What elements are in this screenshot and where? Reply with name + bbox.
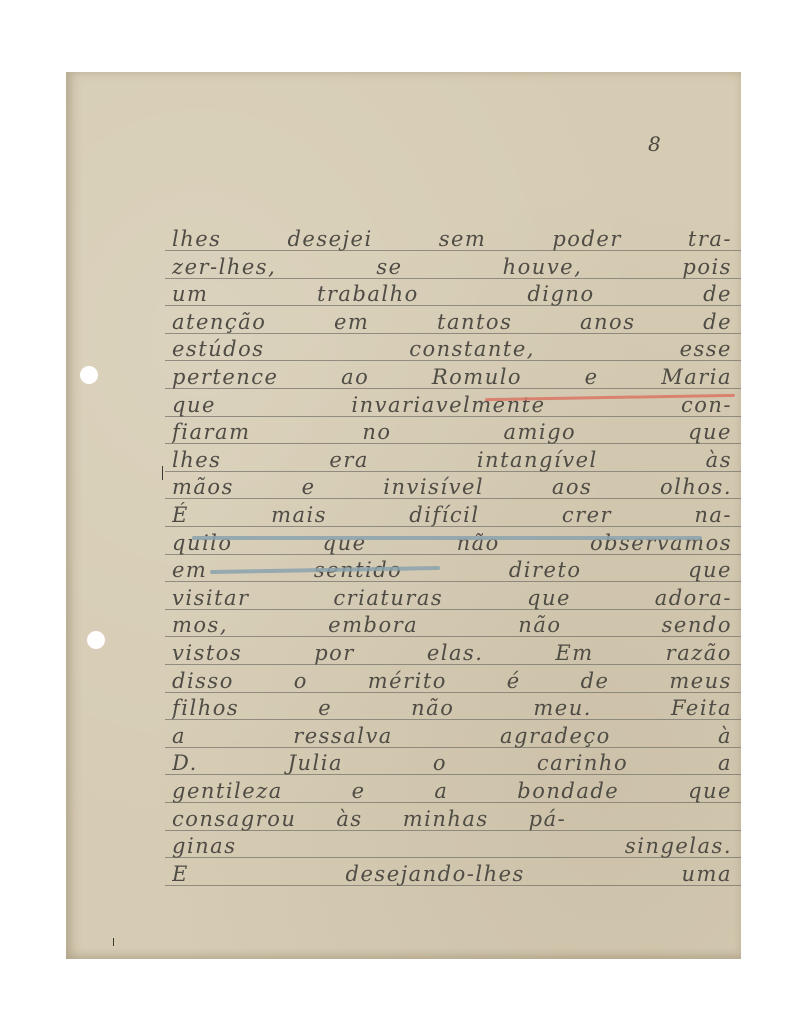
manuscript-line: consagrouàsminhaspá- (172, 805, 732, 831)
manuscript-line: fiaramnoamigoque (172, 418, 732, 444)
manuscript-line: Émaisdifícilcrerna- (172, 501, 732, 527)
margin-mark (162, 466, 163, 480)
manuscript-line: dissooméritoédemeus (172, 667, 732, 693)
manuscript-line: lheseraintangívelàs (172, 446, 732, 472)
punch-hole-top (80, 366, 98, 384)
manuscript-line: lhesdesejeisempodertra- (172, 225, 732, 251)
manuscript-line: filhosenãomeu.Feita (172, 694, 732, 720)
manuscript-line: vistosporelas.Emrazão (172, 639, 732, 665)
manuscript-line: Edesejando-lhesuma (172, 860, 732, 886)
blue-underline-mais-dificil (192, 536, 702, 540)
manuscript-line: ginassingelas. (172, 832, 732, 858)
manuscript-line: pertenceaoRomuloeMaria (172, 363, 732, 389)
manuscript-line: mos,emboranãosendo (172, 611, 732, 637)
manuscript-line: gentilezaeabondadeque (172, 777, 732, 803)
manuscript-line: D.Juliaocarinhoa (172, 749, 732, 775)
manuscript-line: quiloquenãoobservamos (172, 529, 732, 555)
manuscript-line: umtrabalhodignode (172, 280, 732, 306)
manuscript-line: mãoseinvisívelaosolhos. (172, 473, 732, 499)
page-number: 8 (648, 132, 661, 156)
manuscript-line: aressalvaagradeçoà (172, 722, 732, 748)
manuscript-line: zer-lhes,sehouve,pois (172, 253, 732, 279)
manuscript-line: atençãoemtantosanosde (172, 308, 732, 334)
punch-hole-bottom (87, 631, 105, 649)
manuscript-line: estúdosconstante,esse (172, 335, 732, 361)
manuscript-line: visitarcriaturasqueadora- (172, 584, 732, 610)
margin-mark (113, 938, 114, 946)
